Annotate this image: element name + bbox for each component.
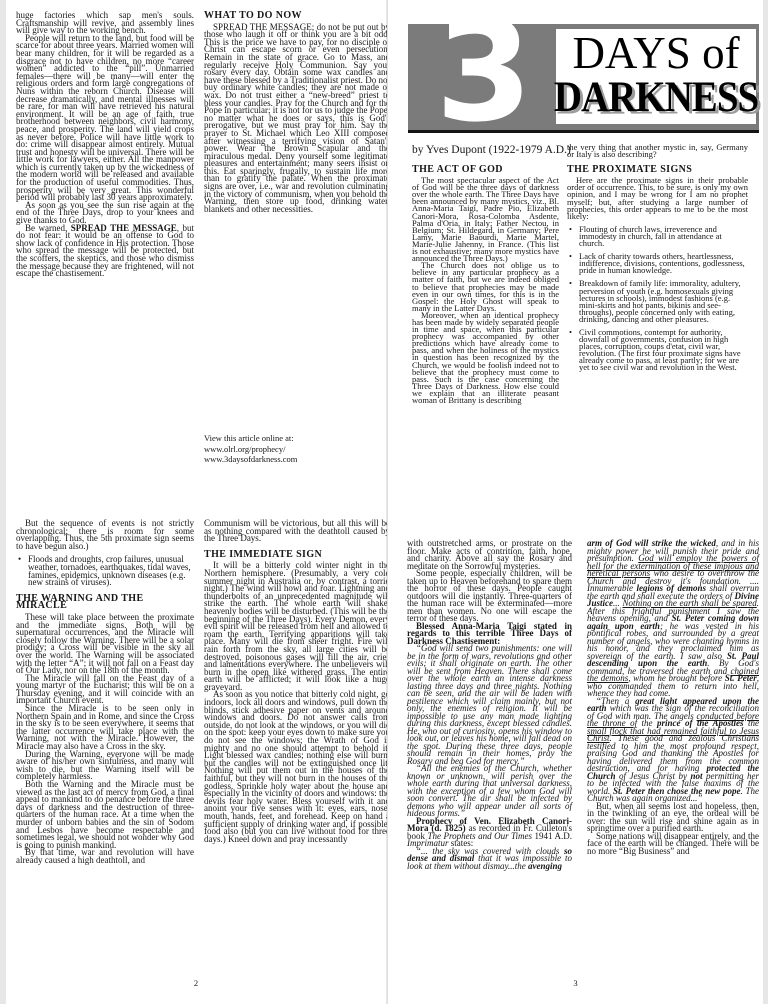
online-note-label: View this article online at:	[204, 433, 390, 444]
paragraph: with outstretched arms, or prostrate on …	[407, 540, 572, 570]
text-run: Blessed Anna-Maria Taigi stated in regar…	[407, 621, 572, 646]
paragraph: the very thing that another mystic in, s…	[567, 144, 748, 158]
paragraph: Since the Miracle is to be seen only in …	[16, 705, 194, 751]
section-heading: THE IMMEDIATE SIGN	[204, 551, 390, 559]
bullet-item: •Flouting of church laws, irreverence an…	[569, 226, 748, 247]
bullet-text: Civil commotions, contempt for authority…	[579, 329, 748, 372]
bullet-text: Breakdown of family life: immorality, ad…	[579, 280, 748, 323]
page-number-left: 2	[6, 978, 386, 988]
paragraph: Here are the proximate signs in their pr…	[567, 177, 748, 220]
masthead-number-3: 3	[410, 0, 558, 154]
text-run: Since the Miracle is to be seen only in …	[16, 703, 194, 751]
text-run: As soon as you notice that bitterly cold…	[204, 689, 390, 843]
text-run: As soon as you see the sun rise again at…	[16, 200, 194, 225]
paragraph: “Then a great light appeared upon the ea…	[587, 698, 759, 803]
online-url-3daysofdarkness: www.3daysofdarkness.com	[204, 454, 390, 465]
text-run: Here are the proximate signs in their pr…	[567, 175, 748, 220]
paragraph: Some people, especially children, will b…	[407, 570, 572, 623]
paragraph: But the sequence of events is not strict…	[16, 520, 194, 550]
text-run: 1941 A.D.	[532, 831, 572, 841]
paragraph: “All the enemies of the Church, whether …	[407, 765, 572, 818]
text-run: with outstretched arms, or prostrate on …	[407, 538, 572, 571]
text-run: “God will send two punishments: one will…	[407, 643, 572, 766]
text-run: Moreover, when an identical prophecy has…	[412, 310, 559, 405]
text-run: Both the Warning and the Miracle must be…	[16, 779, 194, 850]
masthead-title-darkness: DARKNESS	[554, 75, 758, 120]
text-run: Some people, especially children, will b…	[407, 568, 572, 623]
bullet-icon: •	[569, 329, 579, 372]
paragraph: Some nations will disappear entirely, an…	[587, 833, 759, 856]
byline: by Yves Dupont (1922-1979 A.D.)	[412, 144, 571, 156]
paragraph: Moreover, when an identical prophecy has…	[412, 312, 559, 404]
left-page-top-column-1: huge factories which sap men's souls. Cr…	[16, 12, 194, 278]
bullet-text: Lack of charity towards others, heartles…	[579, 253, 748, 274]
text-run: the very thing that another mystic in, s…	[567, 142, 748, 159]
text-run: People will return to the land, but food…	[16, 33, 194, 202]
paragraph: Blessed Anna-Maria Taigi stated in regar…	[407, 623, 572, 646]
right-page-top-column-1: THE ACT OF GODThe most spectacular aspec…	[412, 166, 559, 404]
paragraph: The Church does not oblige us to believe…	[412, 262, 559, 312]
bullet-item: •Lack of charity towards others, heartle…	[569, 253, 748, 274]
left-page-bottom-column-1: But the sequence of events is not strict…	[16, 520, 194, 865]
masthead-title-panel: DAYS of DARKNESS	[556, 29, 756, 124]
text-run: Some nations will disappear entirely, an…	[587, 831, 759, 856]
left-page-bottom-column-2: Communism will be victorious, but all th…	[204, 520, 390, 843]
paragraph: arm of God will strike the wicked, and i…	[587, 540, 759, 698]
paragraph: As soon as you notice that bitterly cold…	[204, 691, 390, 843]
text-run: Floods and droughts, crop failures, unus…	[28, 554, 191, 587]
bullet-text: Flouting of church laws, irreverence and…	[579, 226, 748, 247]
right-page: 3 DAYS of DARKNESS by Yves Dupont (1922-…	[387, 0, 763, 1004]
paragraph: “... the sky was covered with clouds so …	[407, 848, 572, 871]
bullet-item: •Civil commotions, contempt for authorit…	[569, 329, 748, 372]
paragraph: During the Warning, everyone will be mad…	[16, 751, 194, 781]
text-run: “All the enemies of the Church, whether …	[407, 763, 572, 818]
text-run: avenging	[528, 861, 562, 871]
paragraph: Both the Warning and the Miracle must be…	[16, 781, 194, 849]
text-run: Communism will be victorious, but all th…	[204, 518, 390, 543]
paragraph: SPREAD THE MESSAGE; do not be put out by…	[204, 24, 390, 214]
paragraph: Communism will be victorious, but all th…	[204, 520, 390, 543]
text-run: During the Warning, everyone will be mad…	[16, 749, 194, 782]
paragraph: But, when all seems lost and hopeless, t…	[587, 803, 759, 833]
masthead-title-days-of: DAYS of	[572, 31, 739, 75]
paragraph: As soon as you see the sun rise again at…	[16, 202, 194, 225]
paragraph: Be warned, SPREAD THE MESSAGE, but do no…	[16, 225, 194, 278]
bullet-icon: •	[569, 253, 579, 274]
text-run: It will be a bitterly cold winter night …	[204, 560, 390, 692]
text-run: But the sequence of events is not strict…	[16, 518, 194, 551]
paragraph: People will return to the land, but food…	[16, 35, 194, 202]
text-run: But, when all seems lost and hopeless, t…	[587, 801, 759, 834]
paragraph: “God will send two punishments: one will…	[407, 645, 572, 765]
section-heading: THE WARNING AND THE MIRACLE	[16, 595, 194, 610]
right-page-top-column-2: the very thing that another mystic in, s…	[567, 144, 748, 378]
section-heading: THE PROXIMATE SIGNS	[567, 166, 748, 173]
text-run: These will take place between the proxim…	[16, 612, 194, 675]
paragraph: It will be a bitterly cold winter night …	[204, 562, 390, 691]
text-run: Civil commotions, contempt for authority…	[579, 327, 741, 372]
bullet-item: •Floods and droughts, crop failures, unu…	[18, 556, 194, 586]
text-run: , but do not fear: it would be an offens…	[16, 223, 194, 279]
section-heading: WHAT TO DO NOW	[204, 12, 390, 20]
bullet-icon: •	[569, 280, 579, 323]
left-page-top-column-2: WHAT TO DO NOWSPREAD THE MESSAGE; do not…	[204, 12, 390, 213]
text-run: The Church does not oblige us to believe…	[412, 260, 559, 313]
text-run: The most spectacular aspect of the Act o…	[412, 175, 559, 263]
paragraph: By that time, war and revolution will ha…	[16, 849, 194, 864]
online-url-olrl: www.olrl.org/prophecy/	[204, 444, 390, 455]
text-run: huge factories which sap men's souls. Cr…	[16, 10, 194, 35]
masthead: 3 DAYS of DARKNESS	[408, 24, 759, 133]
text-run: Breakdown of family life: immorality, ad…	[579, 278, 741, 323]
paragraph: The Miracle will fall on the Feast day o…	[16, 675, 194, 705]
online-note: View this article online at: www.olrl.or…	[204, 433, 390, 465]
bullet-item: •Breakdown of family life: immorality, a…	[569, 280, 748, 323]
document-scan: { "colors": { "masthead_gray": "#7b7b7b"…	[0, 0, 768, 1004]
bullet-icon: •	[569, 226, 579, 247]
paragraph: huge factories which sap men's souls. Cr…	[16, 12, 194, 35]
right-page-bottom-column-2: arm of God will strike the wicked, and i…	[587, 540, 759, 855]
page-number-right: 3	[388, 978, 763, 988]
right-page-bottom-column-1: with outstretched arms, or prostrate on …	[407, 540, 572, 870]
text-run: The Miracle will fall on the Feast day o…	[16, 673, 194, 706]
bullet-text: Floods and droughts, crop failures, unus…	[28, 556, 194, 586]
text-run: Flouting of church laws, irreverence and…	[579, 224, 722, 248]
text-run: Lack of charity towards others, heartles…	[579, 251, 745, 275]
text-run: SPREAD THE MESSAGE; do not be put out by…	[204, 22, 390, 214]
paragraph: Prophecy of Ven. Elizabeth Canori-Mora (…	[407, 818, 572, 848]
bullet-icon: •	[18, 556, 28, 586]
section-heading: THE ACT OF GOD	[412, 166, 559, 173]
left-page: huge factories which sap men's souls. Cr…	[6, 0, 386, 1004]
paragraph: These will take place between the proxim…	[16, 614, 194, 675]
paragraph: The most spectacular aspect of the Act o…	[412, 177, 559, 262]
text-run: By that time, war and revolution will ha…	[16, 847, 194, 865]
